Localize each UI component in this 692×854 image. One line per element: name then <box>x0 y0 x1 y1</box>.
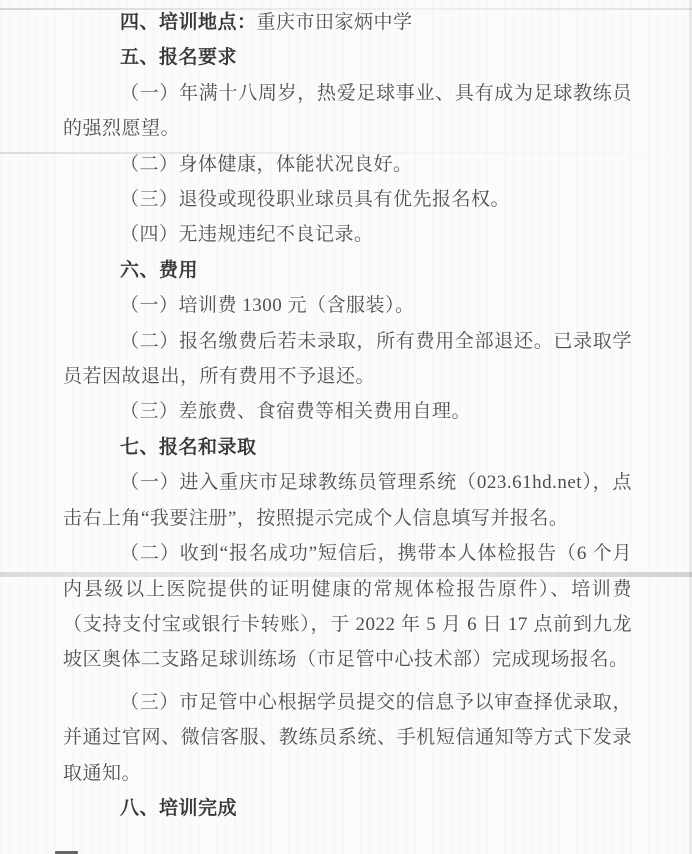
admission-step-2: （二）收到“报名成功”短信后，携带本人体检报告（6 个月内县级以上医院提供的证明… <box>63 536 632 678</box>
document-page: 四、培训地点：重庆市田家炳中学 五、报名要求 （一）年满十八周岁，热爱足球事业、… <box>0 0 692 854</box>
fee-item-3: （三）差旅费、食宿费等相关费用自理。 <box>63 394 632 429</box>
requirement-item-2: （二）身体健康，体能状况良好。 <box>63 147 632 182</box>
admission-step-1: （一）进入重庆市足球教练员管理系统（023.61hd.net），点击右上角“我要… <box>63 465 632 536</box>
requirement-item-1: （一）年满十八周岁，热爱足球事业、具有成为足球教练员的强烈愿望。 <box>63 76 632 147</box>
fee-item-1: （一）培训费 1300 元（含服装）。 <box>63 288 632 323</box>
admission-step-3: （三）市足管中心根据学员提交的信息予以审查择优录取，并通过官网、微信客服、教练员… <box>63 685 632 791</box>
fee-item-2: （二）报名缴费后若未录取，所有费用全部退还。已录取学员若因故退出，所有费用不予退… <box>63 324 632 395</box>
requirement-item-3: （三）退役或现役职业球员具有优先报名权。 <box>63 182 632 217</box>
heading-training-location-label: 四、培训地点： <box>120 12 257 33</box>
heading-fees: 六、费用 <box>63 253 632 288</box>
requirement-item-4: （四）无违规违纪不良记录。 <box>63 217 632 252</box>
document-content: 四、培训地点：重庆市田家炳中学 五、报名要求 （一）年满十八周岁，热爱足球事业、… <box>63 5 632 826</box>
heading-training-completion: 八、培训完成 <box>63 791 632 826</box>
heading-training-location: 四、培训地点：重庆市田家炳中学 <box>63 5 632 40</box>
training-location-value: 重庆市田家炳中学 <box>257 12 413 33</box>
heading-registration-requirements: 五、报名要求 <box>63 40 632 75</box>
heading-registration-admission: 七、报名和录取 <box>63 430 632 465</box>
